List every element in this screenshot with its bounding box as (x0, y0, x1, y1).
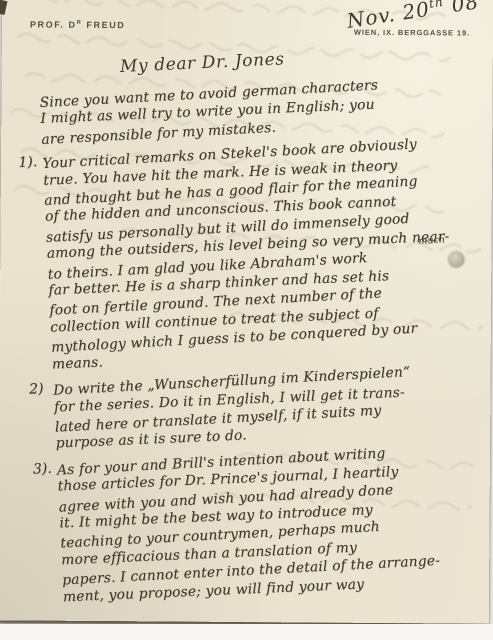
letterhead-name-main: PROF. D (30, 19, 77, 29)
seal-spot (448, 251, 464, 267)
interlinear-insertion: much (418, 234, 445, 247)
item-3-text: As for your and Brill's intention about … (57, 439, 493, 607)
item-1-text: Your critical remarks on Stekel's book a… (42, 133, 493, 375)
numbered-item-2: 2) Do write the „Wunscherfüllung im Kind… (23, 360, 493, 456)
letterhead-name: PROF. DR FREUD (30, 19, 126, 30)
numbered-item-3: 3). As for your and Brill's intention ab… (27, 439, 493, 608)
letter-body: My dear Dr. Jones Since you want me to a… (8, 40, 493, 609)
item-2-text: Do write the „Wunscherfüllung im Kinders… (53, 360, 493, 454)
numbered-item-1: 1). Your critical remarks on Stekel's bo… (12, 133, 493, 376)
scan-mat-background (0, 624, 493, 640)
date-superscript: th (428, 0, 445, 11)
date-rest: 08 (443, 0, 481, 18)
page-edge-notch (0, 0, 8, 15)
item-number: 2) (29, 381, 56, 456)
letter-page: PROF. DR FREUD WIEN, IX. BERGGASSE 19. N… (0, 0, 493, 624)
letterhead-name-rest: FREUD (82, 20, 125, 30)
letter-scan: PROF. DR FREUD WIEN, IX. BERGGASSE 19. N… (0, 0, 493, 640)
